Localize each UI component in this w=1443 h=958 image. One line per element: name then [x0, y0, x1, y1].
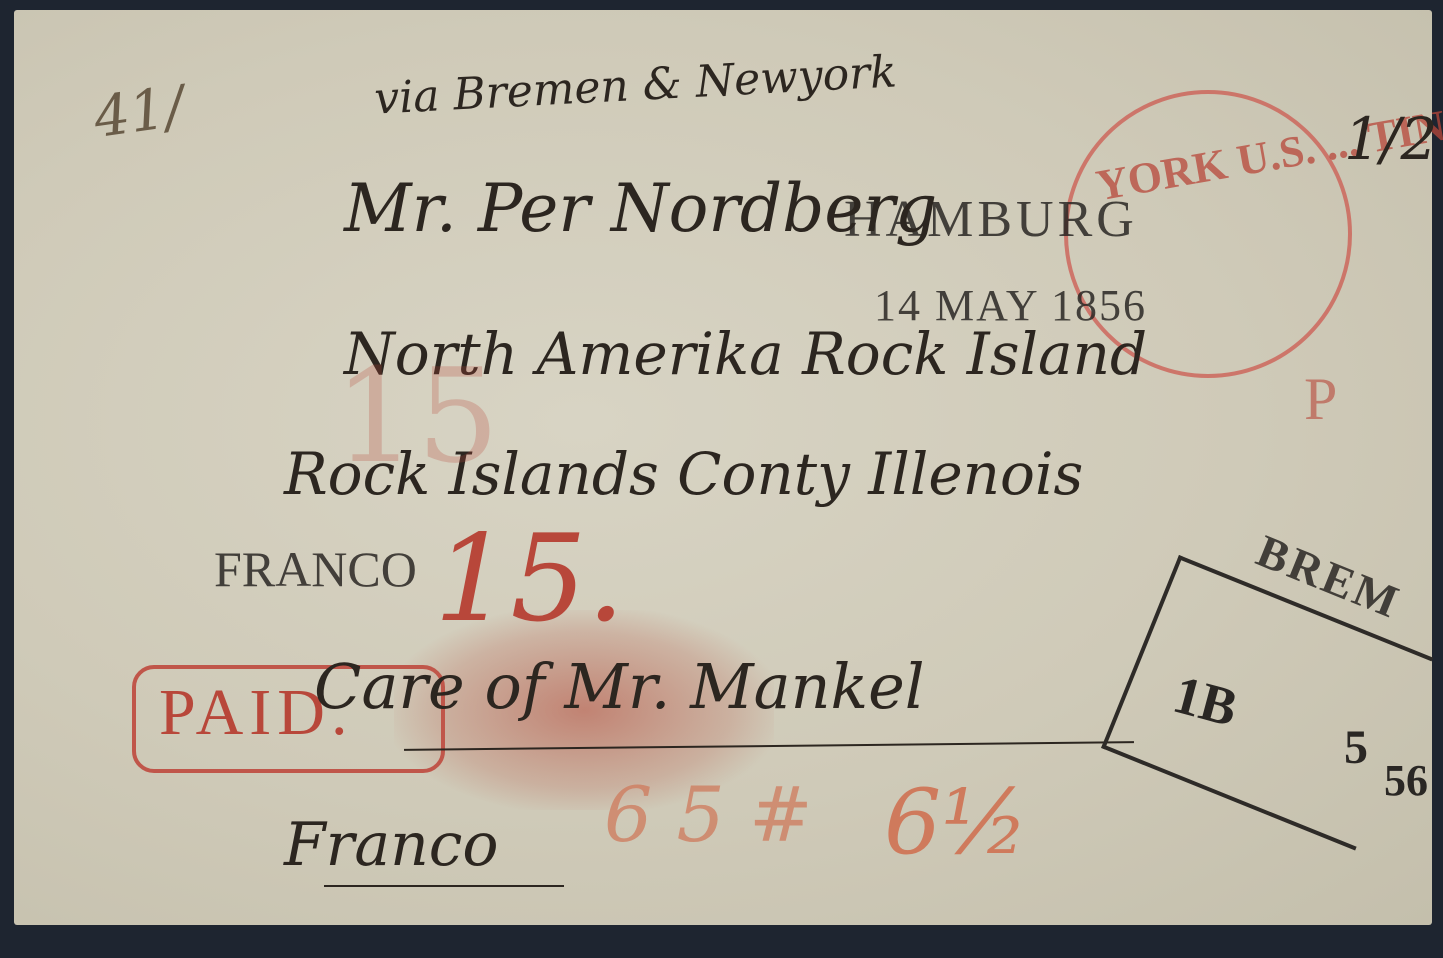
bremen-year: 56 [1384, 755, 1428, 806]
route-text: via Bremen & Newyork [373, 46, 898, 124]
faded-rate-mark: 15 [334, 340, 499, 492]
envelope: 41/ via Bremen & Newyork YORK U.S. ... T… [14, 10, 1432, 925]
rate-15: 15. [434, 510, 625, 649]
newyork-p-mark: P [1304, 365, 1337, 434]
pencil-rate: 6½ [884, 770, 1029, 875]
address-line-4: Care of Mr. Mankel [314, 650, 925, 723]
franco-manuscript: Franco [284, 810, 498, 880]
underline-franco [324, 885, 564, 887]
franco-stamp: FRANCO [214, 540, 417, 598]
pencil-marks: 6 5 # [604, 770, 813, 859]
bremen-month: 5 [1344, 720, 1368, 775]
addressee-line: Mr. Per Nordberg [344, 170, 937, 247]
top-right-mark: 1/2 [1344, 105, 1437, 173]
corner-mark: 41/ [90, 74, 188, 151]
